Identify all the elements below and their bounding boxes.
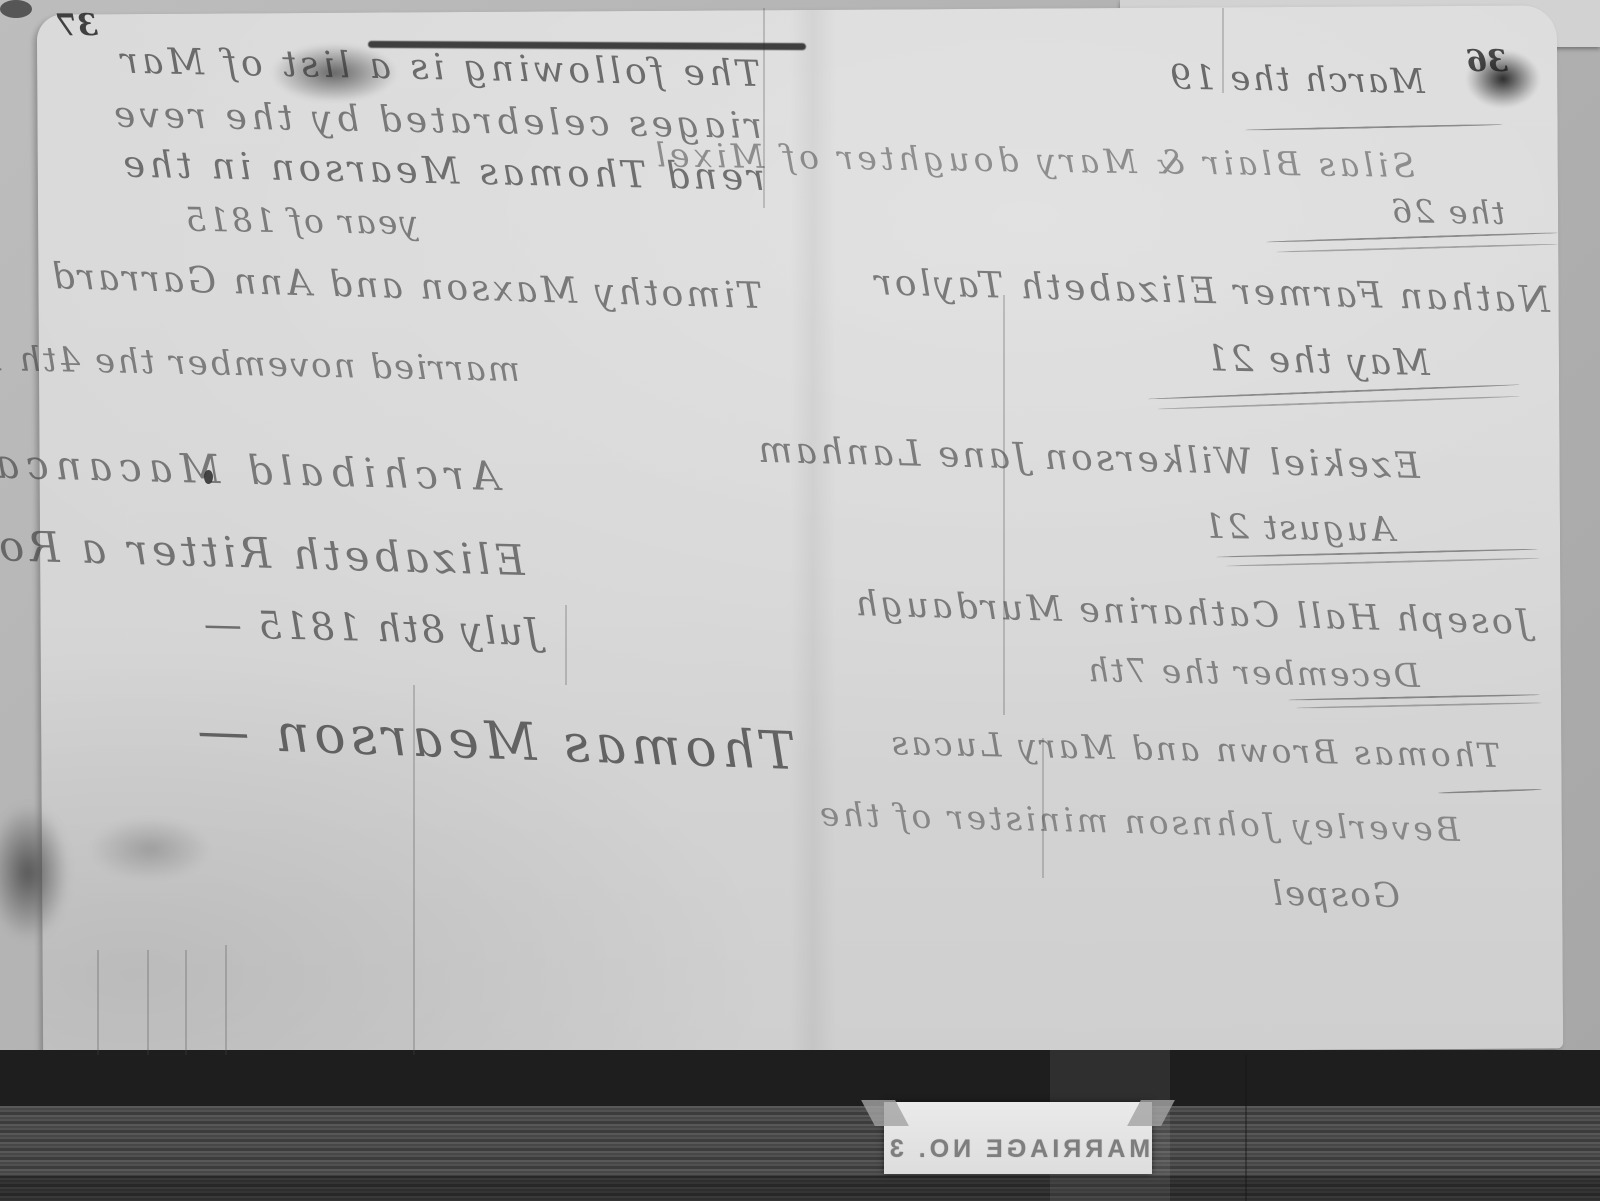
handwritten-line: Silas Blair & Mary doughter of Mixel [651,135,1415,185]
signature: Thomas Mearson — [191,701,796,782]
document-photo: 36 March the 19 Silas Blair & Mary dough… [0,0,1600,1201]
ink-smudge [272,44,397,102]
handwritten-line: year of 1815 [183,200,418,242]
handwritten-line: Elizabeth Ritter a Rouse [0,519,526,585]
handwritten-line: Archibald Macanca [0,442,501,500]
scratch [185,950,187,1055]
scratch [565,605,567,685]
scratch [1042,738,1044,878]
handwritten-line: Nathan Farmer Elizabeth Taylor [871,262,1550,321]
handwritten-line: married november the 4th 1815 [0,337,520,390]
handwritten-line: July 8th 1815 — [201,602,540,654]
marriage-label: MARRIAGE NO. 3 [884,1102,1152,1174]
ink-dot [204,470,213,484]
handwritten-line: Beverley Johnson minister of the [816,794,1460,849]
scratch [763,8,765,208]
page-number: 37 [56,8,98,43]
handwritten-line: May the 21 [1203,338,1430,384]
scratch [1222,8,1224,93]
handwritten-line: August 21 [1201,507,1395,550]
handwritten-line: Thomas Brown and Mary Lucas [888,723,1500,775]
handwritten-line: Timothy Maxson and Ann Garrard [48,256,762,317]
scratch [97,950,99,1055]
scratch [1003,295,1005,715]
scratch [147,950,149,1055]
handwritten-line: Ezekiel Wilkerson Jane Lanham [755,430,1421,487]
scratch [225,945,227,1055]
scratch [1245,1055,1247,1201]
corner-shadow [0,0,32,18]
label-text: MARRIAGE NO. 3 [886,1135,1150,1164]
handwritten-line: riages celebrated by the reve [110,95,763,147]
handwritten-line: the 26 [1389,192,1505,232]
handwritten-line: December the 7th [1085,650,1420,695]
handwritten-line: Joseph Hall Catharine Murdaugh [852,584,1531,643]
ink-smudge [90,818,210,880]
mirrored-content-layer: 36 March the 19 Silas Blair & Mary dough… [0,0,1600,1201]
scratch [413,685,415,1055]
handwritten-line: March the 19 [1168,58,1426,102]
handwritten-line: Gospel [1270,874,1401,916]
